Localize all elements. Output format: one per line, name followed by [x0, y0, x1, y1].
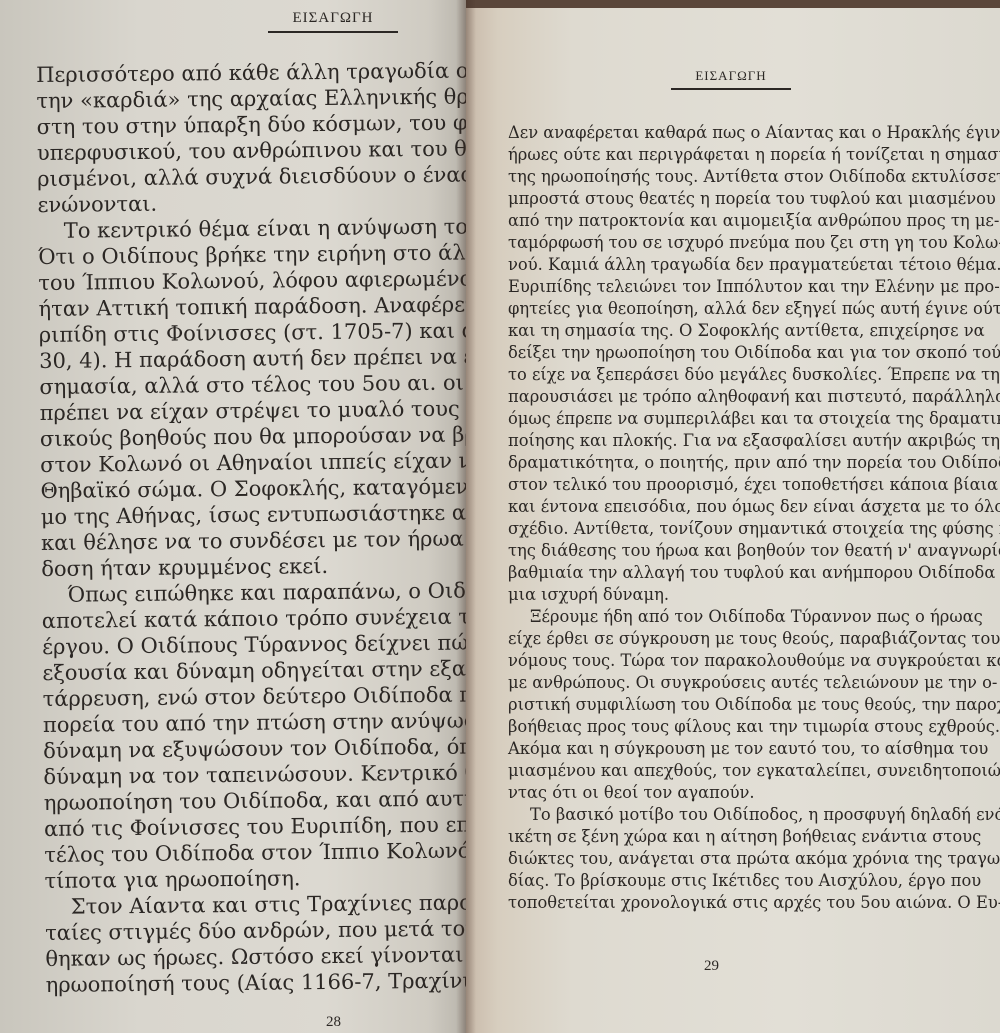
book-gutter	[456, 0, 476, 1033]
text-line: ριστική συμφιλίωση του Οιδίποδα με τους …	[508, 694, 978, 716]
text-line: Ευριπίδης τελειώνει τον Ιππόλυτον και τη…	[508, 276, 978, 298]
text-line: ικέτη σε ξένη χώρα και η αίτηση βοήθειας…	[508, 826, 978, 848]
running-head-title: ΕΙΣΑΓΩΓΗ	[292, 10, 373, 26]
text-line: με ανθρώπους. Οι συγκρούσεις αυτές τελει…	[508, 672, 978, 694]
text-line: το είχε να ξεπεράσει δύο μεγάλες δυσκολί…	[508, 364, 978, 386]
text-line: ρισμένοι, αλλά συχνά διεισδύουν ο ένας σ…	[37, 161, 466, 192]
text-line: μια ισχυρή δύναμη.	[508, 584, 978, 606]
text-line: παρουσιάσει με τρόπο αληθοφανή και πιστε…	[508, 386, 978, 408]
text-line: νόμους τους. Τώρα τον παρακολουθούμε να …	[508, 650, 978, 672]
running-head-title: ΕΙΣΑΓΩΓΗ	[695, 68, 766, 83]
text-line: δίας. Το βρίσκουμε στις Ικέτιδες του Αισ…	[508, 870, 978, 892]
text-line: δείξει την ηρωοποίηση του Οιδίποδα και γ…	[508, 342, 978, 364]
text-line: φητείες για θεοποίηση, αλλά δεν εξηγεί π…	[508, 298, 978, 320]
text-line: διώκτες του, ανάγεται στα πρώτα ακόμα χρ…	[508, 848, 978, 870]
text-line: της ηρωοποίησής τους. Αντίθετα στον Οιδί…	[508, 166, 978, 188]
right-running-head: ΕΙΣΑΓΩΓΗ	[671, 68, 791, 90]
text-line: όμως έπρεπε να συμπεριλάβει και τα στοιχ…	[508, 408, 978, 430]
text-line: στον τελικό του προορισμό, έχει τοποθετή…	[508, 474, 978, 496]
text-line: νού. Καμιά άλλη τραγωδία δεν πραγματεύετ…	[508, 254, 978, 276]
text-line: ντας ότι οι θεοί τον αγαπούν.	[508, 782, 978, 804]
text-line: τέλος του Οιδίποδα στον Ίππιο Κολωνό, αλ…	[44, 837, 466, 868]
right-page-number: 29	[704, 958, 719, 975]
text-line: και έντονα επεισόδια, που όμως δεν είναι…	[508, 496, 978, 518]
right-page-body: Δεν αναφέρεται καθαρά πως ο Αίαντας και …	[508, 122, 978, 914]
book-edge	[466, 0, 1000, 8]
running-head-rule	[268, 31, 398, 33]
text-line: ταμόρφωσή του σε ισχυρό πνεύμα που ζει σ…	[508, 232, 978, 254]
text-line: Ακόμα και η σύγκρουση με τον εαυτό του, …	[508, 738, 978, 760]
text-line: και τη σημασία της. Ο Σοφοκλής αντίθετα,…	[508, 320, 978, 342]
text-line: Δεν αναφέρεται καθαρά πως ο Αίαντας και …	[508, 122, 978, 144]
text-line: Το βασικό μοτίβο του Οιδίποδος, η προσφυ…	[508, 804, 978, 826]
text-line: βαθμιαία την αλλαγή του τυφλού και ανήμπ…	[508, 562, 978, 584]
left-page: ΕΙΣΑΓΩΓΗ Περισσότερο από κάθε άλλη τραγω…	[0, 0, 466, 1033]
running-head-rule	[671, 88, 791, 90]
text-line: Ξέρουμε ήδη από τον Οιδίποδα Τύραννον πω…	[508, 606, 978, 628]
text-line: ήρωες ούτε και περιγράφεται η πορεία ή τ…	[508, 144, 978, 166]
text-line: ηρωοποίησή τους (Αίας 1166-7, Τραχίνιαι …	[46, 967, 466, 998]
text-line: μπροστά στους θεατές η πορεία του τυφλού…	[508, 188, 978, 210]
text-line: είχε έρθει σε σύγκρουση με τους θεούς, π…	[508, 628, 978, 650]
text-line: σχέδιο. Αντίθετα, τονίζουν σημαντικά στο…	[508, 518, 978, 540]
text-line: ποίησης και πλοκής. Για να εξασφαλίσει α…	[508, 430, 978, 452]
text-line: δραματικότητα, ο ποιητής, πριν από την π…	[508, 452, 978, 474]
left-page-body: Περισσότερο από κάθε άλλη τραγωδία ο Οιδ…	[36, 57, 466, 998]
text-line: και θέλησε να το συνδέσει με τον ήρωα πο…	[41, 525, 466, 556]
text-line: μιασμένου και απεχθούς, τον εγκαταλείπει…	[508, 760, 978, 782]
left-page-number: 28	[326, 1014, 341, 1031]
text-line: τοποθετείται χρονολογικά στις αρχές του …	[508, 892, 978, 914]
left-running-head: ΕΙΣΑΓΩΓΗ	[268, 10, 398, 33]
text-line: βοήθειας προς τους φίλους και την τιμωρί…	[508, 716, 978, 738]
text-line: από την πατροκτονία και αιμομειξία ανθρώ…	[508, 210, 978, 232]
text-line: της διάθεσης του ήρωα και βοηθούν τον θε…	[508, 540, 978, 562]
